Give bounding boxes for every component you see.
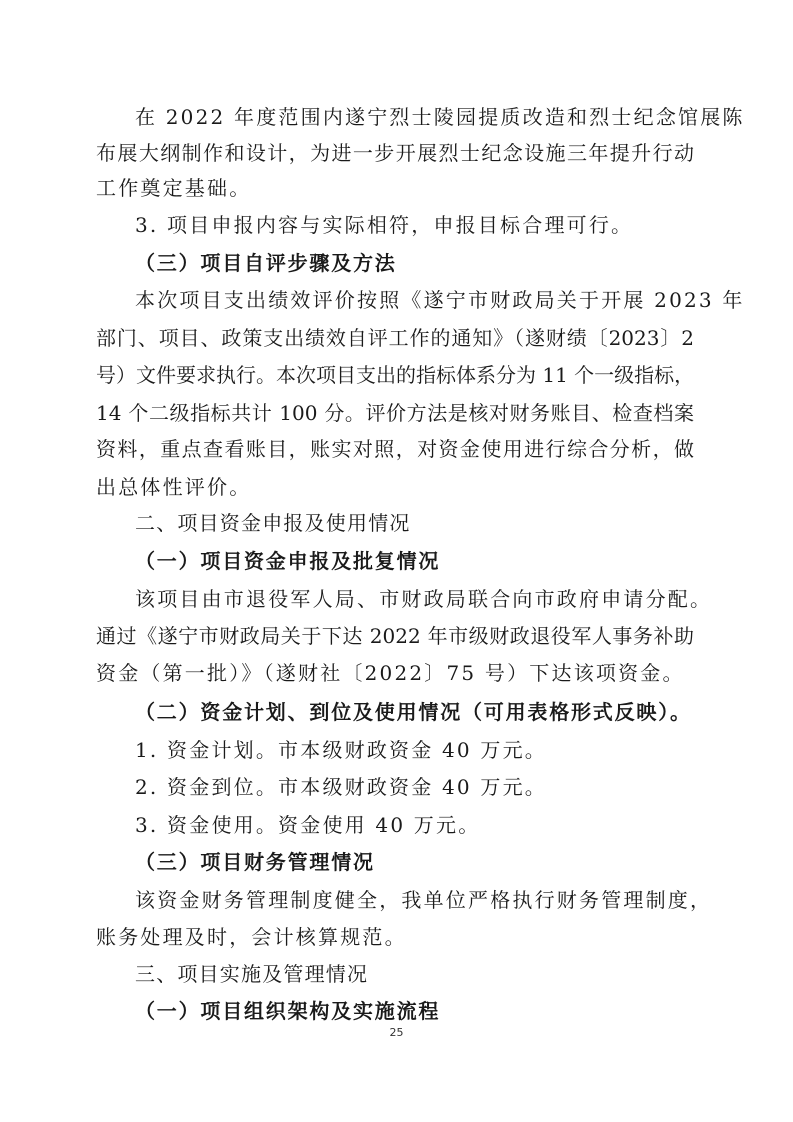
chapter-heading: 二、项目资金申报及使用情况 xyxy=(135,510,695,536)
section-heading: （一）项目资金申报及批复情况 xyxy=(135,548,695,574)
chapter-heading: 三、项目实施及管理情况 xyxy=(135,961,695,987)
section-heading: （三）项目财务管理情况 xyxy=(135,849,695,875)
paragraph-line: 在 2022 年度范围内遂宁烈士陵园提质改造和烈士纪念馆展陈 xyxy=(135,104,695,130)
list-item: 2. 资金到位。市本级财政资金 40 万元。 xyxy=(135,774,695,800)
paragraph-line: 账务处理及时，会计核算规范。 xyxy=(96,924,694,950)
paragraph-line: 资金（第一批）》（遂财社〔2022〕75 号）下达该项资金。 xyxy=(96,660,694,686)
list-item: 1. 资金计划。市本级财政资金 40 万元。 xyxy=(135,737,695,763)
list-item: 3. 项目申报内容与实际相符，申报目标合理可行。 xyxy=(135,212,695,238)
section-heading: （三）项目自评步骤及方法 xyxy=(135,250,695,276)
paragraph-line: 工作奠定基础。 xyxy=(96,175,694,201)
paragraph-line: 出总体性评价。 xyxy=(96,474,694,500)
paragraph-line: 布展大纲制作和设计，为进一步开展烈士纪念设施三年提升行动 xyxy=(96,140,694,166)
paragraph-line: 14 个二级指标共计 100 分。评价方法是核对财务账目、检查档案 xyxy=(96,400,694,426)
paragraph-line: 本次项目支出绩效评价按照《遂宁市财政局关于开展 2023 年 xyxy=(135,287,695,313)
paragraph-line: 部门、项目、政策支出绩效自评工作的通知》（遂财绩〔2023〕2 xyxy=(96,325,694,351)
section-heading: （二）资金计划、到位及使用情况（可用表格形式反映）。 xyxy=(135,699,695,725)
paragraph-line: 资料，重点查看账目，账实对照，对资金使用进行综合分析，做 xyxy=(96,436,694,462)
list-item: 3. 资金使用。资金使用 40 万元。 xyxy=(135,812,695,838)
paragraph-line: 该资金财务管理制度健全，我单位严格执行财务管理制度， xyxy=(135,887,695,913)
section-heading: （一）项目组织架构及实施流程 xyxy=(135,998,695,1024)
paragraph-line: 该项目由市退役军人局、市财政局联合向市政府申请分配。 xyxy=(135,586,695,612)
document-page: 在 2022 年度范围内遂宁烈士陵园提质改造和烈士纪念馆展陈 布展大纲制作和设计… xyxy=(0,0,793,1122)
page-number: 25 xyxy=(0,1026,793,1039)
paragraph-line: 号）文件要求执行。本次项目支出的指标体系分为 11 个一级指标， xyxy=(96,362,694,388)
paragraph-line: 通过《遂宁市财政局关于下达 2022 年市级财政退役军人事务补助 xyxy=(96,623,694,649)
